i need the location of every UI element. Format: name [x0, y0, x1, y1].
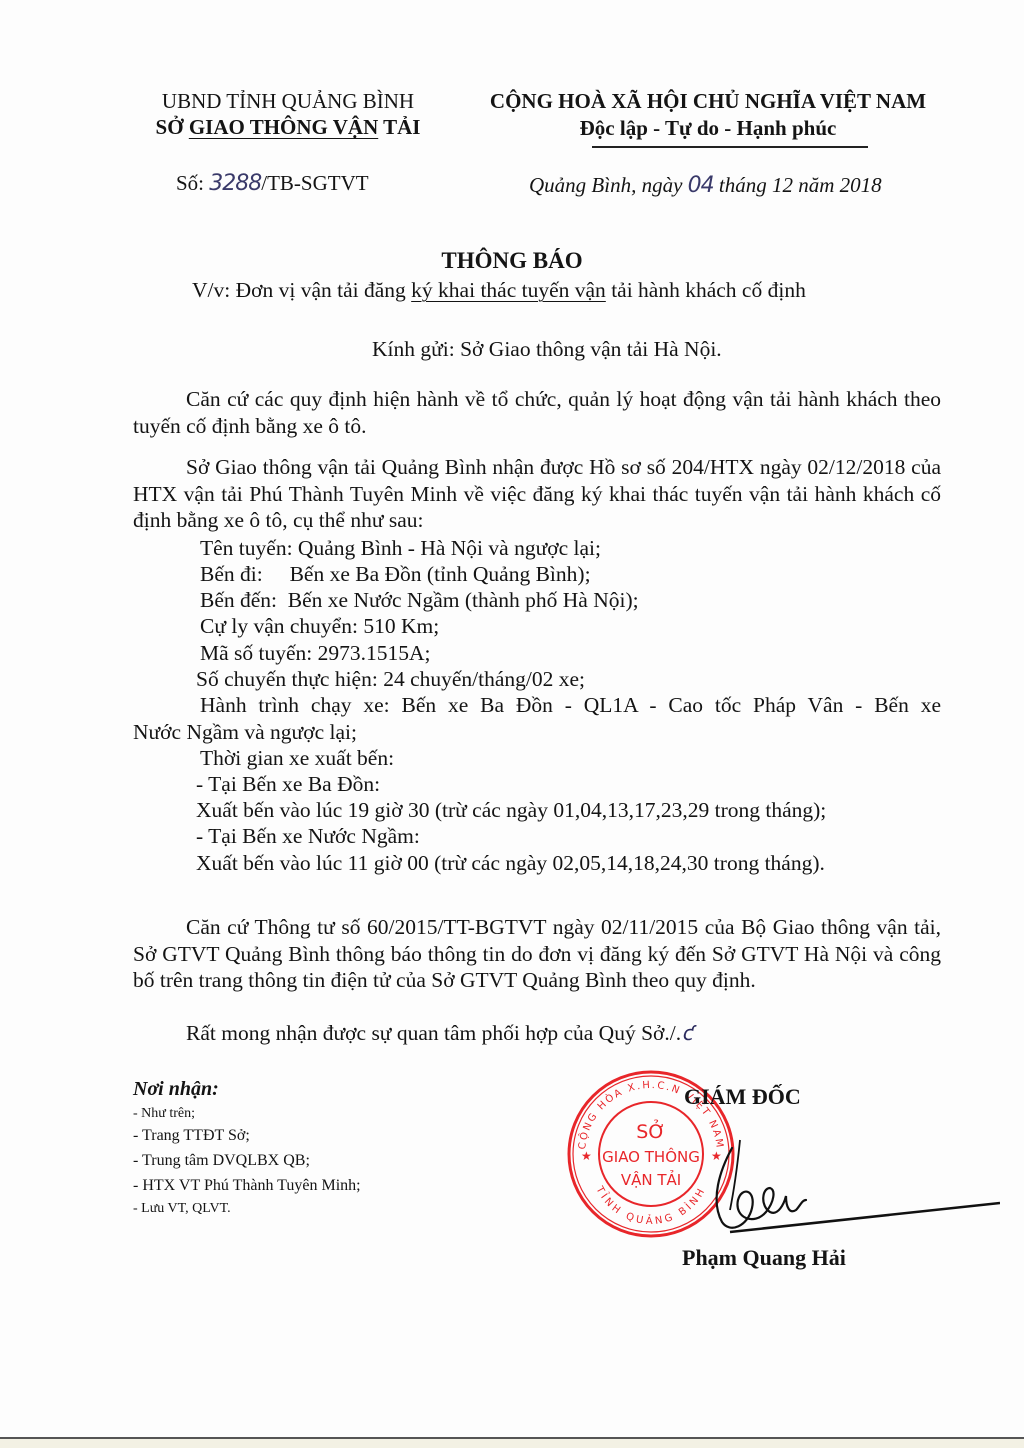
issuer-authority: UBND TỈNH QUẢNG BÌNH: [140, 88, 436, 114]
document-number: Số: 3288/TB-SGTVT: [176, 170, 369, 197]
recipient-item: - Lưu VT, QLVT.: [133, 1197, 231, 1220]
issuer-dept-suffix: TẢI: [378, 115, 420, 139]
departure-station-ba-don: - Tại Bến xe Ba Đồn:: [196, 771, 380, 798]
recipients-title: Nơi nhận:: [133, 1078, 219, 1101]
detail-itinerary: Hành trình chạy xe: Bến xe Ba Đồn - QL1A…: [133, 692, 941, 745]
closing-text: Rất mong nhận được sự quan tâm phối hợp …: [186, 1021, 681, 1045]
detail-departure-station: Bến đi: Bến xe Ba Đồn (tỉnh Quảng Bình);: [200, 561, 591, 588]
recipient-item: - Trung tâm DVQLBX QB;: [133, 1149, 310, 1172]
detail-route-name: Tên tuyến: Quảng Bình - Hà Nội và ngược …: [200, 535, 601, 562]
document-heading: THÔNG BÁO: [0, 248, 1024, 274]
signer-name: Phạm Quang Hải: [682, 1245, 846, 1271]
scan-border: [0, 1437, 1024, 1448]
document-date: Quảng Bình, ngày 04 tháng 12 năm 2018: [529, 172, 882, 199]
date-suffix: tháng 12 năm 2018: [714, 173, 882, 197]
national-title: CỘNG HOÀ XÃ HỘI CHỦ NGHĨA VIỆT NAM: [466, 88, 950, 114]
date-prefix: Quảng Bình, ngày: [529, 173, 688, 197]
paragraph-legal-basis: Căn cứ các quy định hiện hành về tổ chức…: [133, 386, 941, 439]
issuer-department: SỞ GIAO THÔNG VẬN TẢI: [130, 114, 446, 140]
stamp-center-line-3: VẬN TẢI: [621, 1169, 681, 1189]
recipient-item: - HTX VT Phú Thành Tuyên Minh;: [133, 1174, 361, 1197]
itinerary-line-2: Nước Ngầm và ngược lại;: [133, 719, 941, 746]
departure-times-title: Thời gian xe xuất bến:: [200, 745, 394, 772]
subject-prefix: V/v: Đơn vị vận tải đăng: [192, 278, 411, 302]
issuer-dept-prefix: SỞ: [156, 115, 189, 139]
document-number-suffix: /TB-SGTVT: [261, 171, 368, 195]
detail-arrival-station: Bến đến: Bến xe Nước Ngầm (thành phố Hà …: [200, 587, 639, 614]
departure-time-nuoc-ngam: Xuất bến vào lúc 11 giờ 00 (trừ các ngày…: [196, 850, 825, 877]
document-page: UBND TỈNH QUẢNG BÌNH SỞ GIAO THÔNG VẬN T…: [0, 0, 1024, 1448]
detail-trip-count: Số chuyến thực hiện: 24 chuyến/tháng/02 …: [196, 666, 585, 693]
issuer-dept-underlined: GIAO THÔNG VẬN: [189, 115, 378, 139]
document-number-label: Số:: [176, 171, 209, 195]
handwritten-signature: [690, 1130, 1000, 1240]
subject-underlined: ký khai thác tuyến vận: [411, 278, 606, 302]
svg-text:★: ★: [581, 1149, 592, 1163]
paragraph-announcement: Căn cứ Thông tư số 60/2015/TT-BGTVT ngày…: [133, 914, 941, 994]
itinerary-line-1: Hành trình chạy xe: Bến xe Ba Đồn - QL1A…: [133, 692, 941, 719]
paragraph-application: Sở Giao thông vận tải Quảng Bình nhận đư…: [133, 454, 941, 534]
document-number-handwritten: 3288: [209, 171, 261, 196]
signer-position: GIÁM ĐỐC: [684, 1084, 801, 1110]
national-motto: Độc lập - Tự do - Hạnh phúc: [466, 115, 950, 141]
subject-suffix: tải hành khách cố định: [606, 278, 806, 302]
detail-route-code: Mã số tuyến: 2973.1515A;: [200, 640, 431, 667]
recipient-item: - Như trên;: [133, 1102, 195, 1125]
recipient-item: - Trang TTĐT Sở;: [133, 1124, 250, 1147]
departure-station-nuoc-ngam: - Tại Bến xe Nước Ngầm:: [196, 823, 420, 850]
closing-line: Rất mong nhận được sự quan tâm phối hợp …: [186, 1020, 693, 1047]
motto-underline: [592, 146, 868, 148]
detail-distance: Cự ly vận chuyển: 510 Km;: [200, 613, 439, 640]
recipient-line: Kính gửi: Sở Giao thông vận tải Hà Nội.: [372, 336, 722, 363]
stamp-center-line-1: SỞ: [636, 1118, 665, 1143]
date-day-handwritten: 04: [688, 173, 714, 198]
departure-time-ba-don: Xuất bến vào lúc 19 giờ 30 (trừ các ngày…: [196, 797, 826, 824]
closing-initials: ƈ: [683, 1021, 693, 1045]
document-subject: V/v: Đơn vị vận tải đăng ký khai thác tu…: [192, 277, 806, 304]
stamp-center-line-2: GIAO THÔNG: [602, 1147, 700, 1166]
